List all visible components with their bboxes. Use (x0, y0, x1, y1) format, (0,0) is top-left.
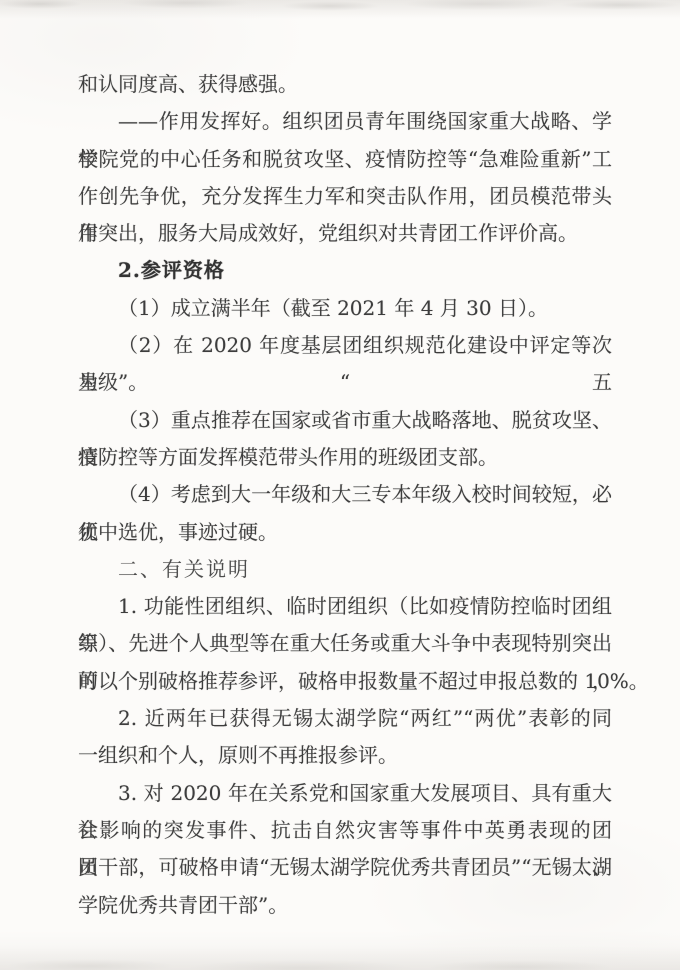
text-line: （2）在 2020 年度基层团组织规范化建设中评定等次为“五 (78, 327, 612, 364)
section-heading-notes: 二、有关说明 (78, 551, 612, 588)
text-line: 可以个别破格推荐参评，破格申报数量不超过申报总数的 10%。 (78, 663, 612, 700)
scan-noise-top-edge (0, 0, 680, 18)
text-line: （4）考虑到大一年级和大三专本年级入校时间较短，必须 (78, 476, 612, 513)
text-line: （3）重点推荐在国家或省市重大战略落地、脱贫攻坚、疫 (78, 402, 612, 439)
section-heading-eligibility: 2.参评资格 (78, 252, 612, 289)
text-line: 团干部，可破格申请“无锡太湖学院优秀共青团员”“无锡太湖 (78, 849, 612, 886)
text-line: 一组织和个人，原则不再推报参评。 (78, 737, 612, 774)
text-line: （1）成立满半年（截至 2021 年 4 月 30 日）。 (78, 290, 612, 327)
scan-noise-bottom-edge (0, 946, 680, 970)
text-line: 3. 对 2020 年在关系党和国家重大发展项目、具有重大社 (78, 775, 612, 812)
text-line: 1. 功能性团组织、临时团组织（比如疫情防控临时团组织 (78, 588, 612, 625)
text-line: 情防控等方面发挥模范带头作用的班级团支部。 (78, 439, 612, 476)
text-line: 作创先争优，充分发挥生力军和突击队作用，团员模范带头作 (78, 178, 612, 215)
text-line: 学院党的中心任务和脱贫攻坚、疫情防控等“急难险重新”工 (78, 141, 612, 178)
scanned-document-page: { "page": { "type": "scanned-document", … (0, 0, 680, 970)
text-line: 优中选优，事迹过硬。 (78, 514, 612, 551)
document-body: 和认同度高、获得感强。 ——作用发挥好。组织团员青年围绕国家重大战略、学校 学院… (78, 66, 612, 924)
text-line: 和认同度高、获得感强。 (78, 66, 612, 103)
text-line: 等）、先进个人典型等在重大任务或重大斗争中表现特别突出的， (78, 625, 612, 662)
text-line: 会影响的突发事件、抗击自然灾害等事件中英勇表现的团员、 (78, 812, 612, 849)
text-line: 用突出，服务大局成效好，党组织对共青团工作评价高。 (78, 215, 612, 252)
text-line: 2. 近两年已获得无锡太湖学院“两红”“两优”表彰的同 (78, 700, 612, 737)
text-line: ——作用发挥好。组织团员青年围绕国家重大战略、学校 (78, 103, 612, 140)
text-line: 学院优秀共青团干部”。 (78, 887, 612, 924)
